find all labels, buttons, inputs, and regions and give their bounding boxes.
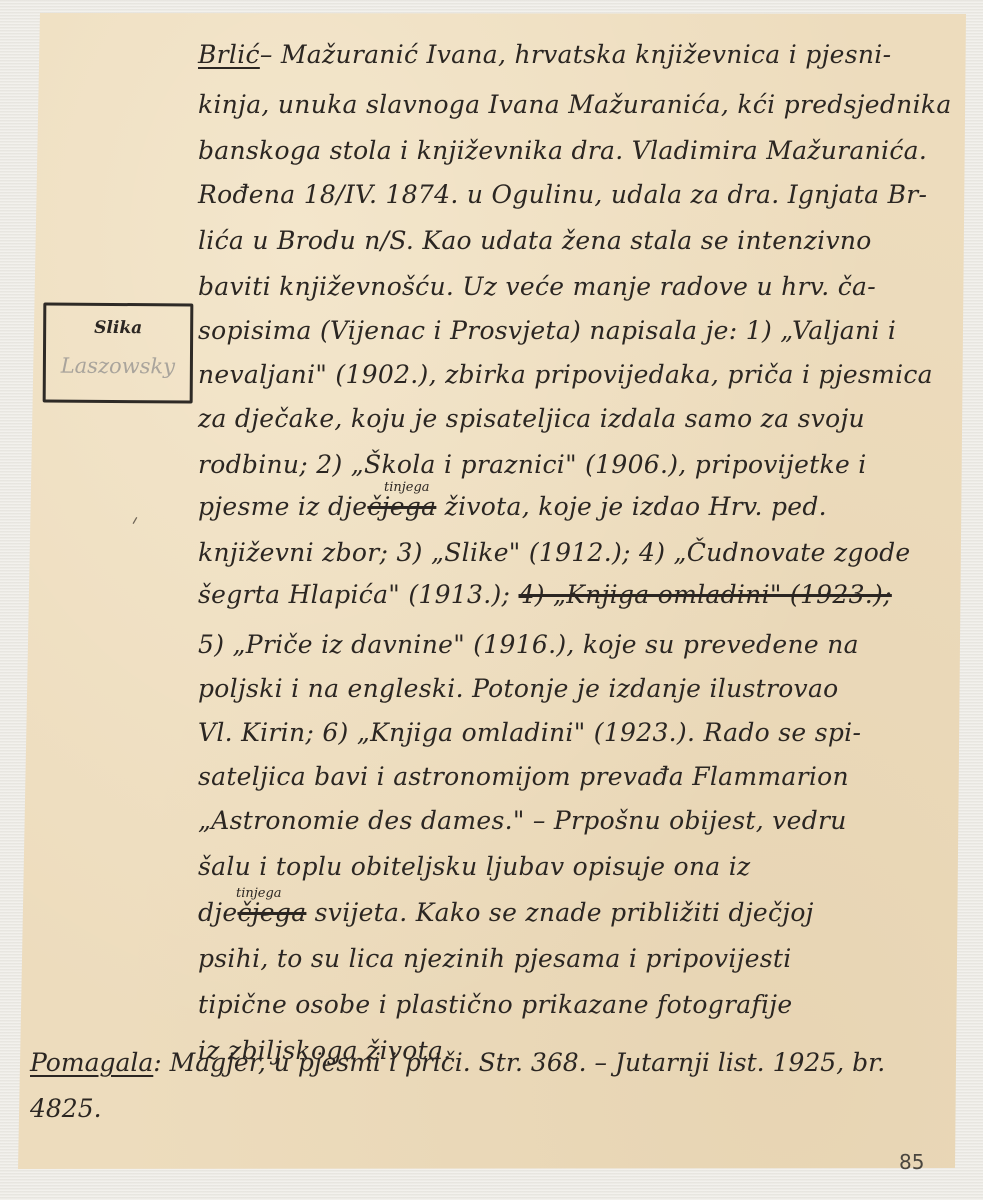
line-text: poljski i na engleski. Potonje je izdanj… bbox=[198, 674, 839, 703]
line-text: baviti književnošću. Uz veće manje radov… bbox=[198, 272, 876, 301]
sources-text: : Magjer, u pjesmi i priči. Str. 368. – … bbox=[153, 1048, 885, 1077]
sources-line: Pomagala: Magjer, u pjesmi i priči. Str.… bbox=[30, 1048, 885, 1078]
entry-line: „Astronomie des dames." – Prpošnu obijes… bbox=[198, 806, 847, 836]
line-text: lića u Brodu n/S. Kao udata žena stala s… bbox=[198, 226, 872, 255]
margin-note-title: Slika bbox=[46, 317, 190, 338]
page-number: 85 bbox=[899, 1150, 924, 1174]
line-text: pjesme iz dje bbox=[198, 492, 367, 521]
entry-line: tipične osobe i plastično prikazane foto… bbox=[198, 990, 792, 1020]
line-text: banskoga stola i književnika dra. Vladim… bbox=[198, 136, 927, 165]
line-text: rodbinu; 2) „Škola i praznici" (1906.), … bbox=[198, 450, 867, 479]
entry-line: baviti književnošću. Uz veće manje radov… bbox=[198, 272, 876, 302]
entry-line: 5) „Priče iz davnine" (1916.), koje su p… bbox=[198, 630, 859, 660]
line-text: Rođena 18/IV. 1874. u Ogulinu, udala za … bbox=[198, 180, 927, 209]
line-text: – Mažuranić Ivana, hrvatska književnica … bbox=[260, 40, 891, 69]
entry-line: poljski i na engleski. Potonje je izdanj… bbox=[198, 674, 839, 704]
entry-line: šalu i toplu obiteljsku ljubav opisuje o… bbox=[198, 852, 751, 882]
line-text: tipične osobe i plastično prikazane foto… bbox=[198, 990, 792, 1019]
entry-line: lića u Brodu n/S. Kao udata žena stala s… bbox=[198, 226, 872, 256]
line-text: „Astronomie des dames." – Prpošnu obijes… bbox=[198, 806, 847, 835]
line-text: sateljica bavi i astronomijom prevađa Fl… bbox=[198, 762, 849, 791]
line-text: svijeta. Kako se znade približiti dječjo… bbox=[306, 898, 813, 927]
line-text: nevaljani" (1902.), zbirka pripovijedaka… bbox=[198, 360, 933, 389]
entry-line: banskoga stola i književnika dra. Vladim… bbox=[198, 136, 927, 166]
line-text: psihi, to su lica njezinih pjesama i pri… bbox=[198, 944, 792, 973]
sources-label: Pomagala bbox=[30, 1048, 153, 1077]
line-text: šegrta Hlapića" (1913.); bbox=[198, 580, 518, 609]
line-text: 5) „Priče iz davnine" (1916.), koje su p… bbox=[198, 630, 859, 659]
sources-text: 4825. bbox=[30, 1094, 102, 1123]
interlinear-insertion: tinjega bbox=[384, 480, 430, 495]
entry-line: dječjega svijeta. Kako se znade približi… bbox=[198, 898, 814, 928]
entry-line: psihi, to su lica njezinih pjesama i pri… bbox=[198, 944, 792, 974]
entry-line: Rođena 18/IV. 1874. u Ogulinu, udala za … bbox=[198, 180, 927, 210]
entry-line: književni zbor; 3) „Slike" (1912.); 4) „… bbox=[198, 538, 910, 568]
entry-line: Brlić– Mažuranić Ivana, hrvatska književ… bbox=[198, 40, 891, 70]
entry-line: kinja, unuka slavnoga Ivana Mažuranića, … bbox=[198, 90, 952, 120]
struck-text: 4) „Knjiga omladini" (1923.); bbox=[518, 580, 891, 609]
line-text: dje bbox=[198, 898, 237, 927]
entry-line: sateljica bavi i astronomijom prevađa Fl… bbox=[198, 762, 849, 792]
line-text: Vl. Kirin; 6) „Knjiga omladini" (1923.).… bbox=[198, 718, 861, 747]
sources-line-2: 4825. bbox=[30, 1094, 102, 1124]
line-text: šalu i toplu obiteljsku ljubav opisuje o… bbox=[198, 852, 751, 881]
struck-text: čjega bbox=[367, 492, 436, 521]
entry-line: nevaljani" (1902.), zbirka pripovijedaka… bbox=[198, 360, 933, 390]
entry-line: šegrta Hlapića" (1913.); 4) „Knjiga omla… bbox=[198, 580, 892, 610]
line-text: kinja, unuka slavnoga Ivana Mažuranića, … bbox=[198, 90, 952, 119]
interlinear-insertion: tinjega bbox=[236, 886, 282, 901]
entry-line: Vl. Kirin; 6) „Knjiga omladini" (1923.).… bbox=[198, 718, 861, 748]
entry-line: sopisima (Vijenac i Prosvjeta) napisala … bbox=[198, 316, 896, 346]
entry-heading-word: Brlić bbox=[198, 40, 260, 69]
entry-line: pjesme iz dječjega života, koje je izdao… bbox=[198, 492, 827, 522]
line-text: za dječake, koju je spisateljica izdala … bbox=[198, 404, 865, 433]
entry-line: za dječake, koju je spisateljica izdala … bbox=[198, 404, 865, 434]
margin-note-box: Slika Laszowsky bbox=[43, 302, 194, 403]
line-text: života, koje je izdao Hrv. ped. bbox=[436, 492, 827, 521]
struck-text: čjega bbox=[237, 898, 306, 927]
line-text: književni zbor; 3) „Slike" (1912.); 4) „… bbox=[198, 538, 910, 567]
margin-note-pencil-text: Laszowsky bbox=[46, 353, 190, 378]
line-text: sopisima (Vijenac i Prosvjeta) napisala … bbox=[198, 316, 896, 345]
entry-line: rodbinu; 2) „Škola i praznici" (1906.), … bbox=[198, 450, 867, 480]
